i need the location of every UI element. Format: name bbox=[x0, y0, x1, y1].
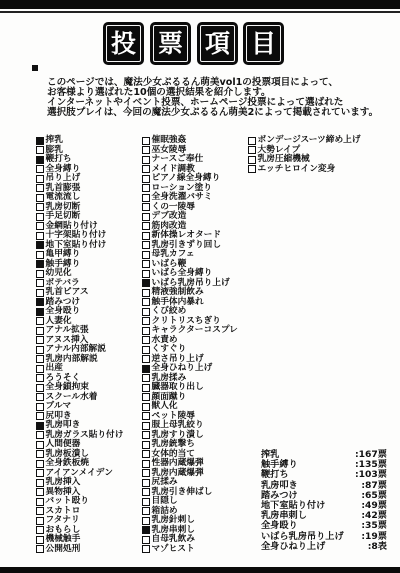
empty-square-icon bbox=[142, 298, 150, 306]
empty-square-icon bbox=[142, 431, 150, 439]
empty-square-icon bbox=[142, 507, 150, 515]
empty-square-icon bbox=[36, 222, 44, 230]
empty-square-icon bbox=[142, 536, 150, 544]
empty-square-icon bbox=[142, 156, 150, 164]
empty-square-icon bbox=[248, 156, 256, 164]
filled-square-icon bbox=[142, 365, 150, 373]
empty-square-icon bbox=[36, 536, 44, 544]
empty-square-icon bbox=[36, 431, 44, 439]
filled-square-icon bbox=[36, 241, 44, 249]
empty-square-icon bbox=[36, 213, 44, 221]
empty-square-icon bbox=[36, 488, 44, 496]
result-label: 全身殴り bbox=[261, 521, 298, 531]
vote-option-label: 公開処刑 bbox=[46, 545, 81, 555]
empty-square-icon bbox=[36, 393, 44, 401]
empty-square-icon bbox=[36, 384, 44, 392]
empty-square-icon bbox=[36, 412, 44, 420]
empty-square-icon bbox=[36, 146, 44, 154]
empty-square-icon bbox=[36, 184, 44, 192]
empty-square-icon bbox=[36, 327, 44, 335]
empty-square-icon bbox=[142, 213, 150, 221]
vote-option-label: エッチヒロイン変身 bbox=[258, 165, 336, 175]
empty-square-icon bbox=[36, 403, 44, 411]
empty-square-icon bbox=[142, 545, 150, 553]
top-border-band bbox=[0, 0, 400, 9]
empty-square-icon bbox=[142, 450, 150, 458]
empty-square-icon bbox=[248, 146, 256, 154]
result-row: 全身ひねり上げ:8表 bbox=[261, 542, 387, 552]
vote-results-table: 搾乳:167票触手縛り:135票鞭打ち:103票乳房叩き:87票踏みつけ:65票… bbox=[261, 450, 387, 552]
empty-square-icon bbox=[142, 194, 150, 202]
empty-square-icon bbox=[142, 241, 150, 249]
empty-square-icon bbox=[142, 175, 150, 183]
empty-square-icon bbox=[142, 469, 150, 477]
empty-square-icon bbox=[36, 203, 44, 211]
filled-square-icon bbox=[36, 422, 44, 430]
empty-square-icon bbox=[142, 270, 150, 278]
title-box-4: 目 bbox=[243, 22, 284, 65]
intro-line: 選択肢プレイは、今回の魔法少女ぷるるん萌美2によって掲載されています。 bbox=[47, 108, 392, 118]
empty-square-icon bbox=[142, 517, 150, 525]
vote-option-label: マゾヒスト bbox=[152, 545, 195, 555]
title-char: 票 bbox=[158, 31, 183, 56]
title-char: 投 bbox=[111, 31, 136, 56]
empty-square-icon bbox=[142, 488, 150, 496]
empty-square-icon bbox=[142, 479, 150, 487]
vote-options-column-2: 催眠強姦巫女陵辱ナースご奉仕メイド調教ピアノ線全身縛りローション塗り全身洗濯バサ… bbox=[142, 136, 254, 554]
title-box-3: 項 bbox=[197, 22, 238, 65]
empty-square-icon bbox=[36, 251, 44, 259]
empty-square-icon bbox=[36, 374, 44, 382]
vote-option: 公開処刑 bbox=[36, 545, 148, 555]
empty-square-icon bbox=[142, 498, 150, 506]
empty-square-icon bbox=[36, 545, 44, 553]
empty-square-icon bbox=[36, 498, 44, 506]
result-row: 全身殴り:35票 bbox=[261, 521, 387, 531]
empty-square-icon bbox=[36, 469, 44, 477]
empty-square-icon bbox=[36, 317, 44, 325]
empty-square-icon bbox=[142, 222, 150, 230]
empty-square-icon bbox=[36, 175, 44, 183]
vote-option: エッチヒロイン変身 bbox=[248, 165, 398, 175]
empty-square-icon bbox=[36, 479, 44, 487]
title-char: 目 bbox=[251, 31, 276, 56]
empty-square-icon bbox=[36, 336, 44, 344]
empty-square-icon bbox=[36, 279, 44, 287]
filled-square-icon bbox=[36, 260, 44, 268]
empty-square-icon bbox=[142, 460, 150, 468]
empty-square-icon bbox=[142, 393, 150, 401]
empty-square-icon bbox=[36, 194, 44, 202]
empty-square-icon bbox=[142, 260, 150, 268]
empty-square-icon bbox=[142, 232, 150, 240]
empty-square-icon bbox=[142, 146, 150, 154]
empty-square-icon bbox=[142, 308, 150, 316]
empty-square-icon bbox=[36, 289, 44, 297]
empty-square-icon bbox=[36, 526, 44, 534]
title-box-1: 投 bbox=[103, 22, 144, 65]
empty-square-icon bbox=[142, 336, 150, 344]
empty-square-icon bbox=[142, 203, 150, 211]
empty-square-icon bbox=[36, 517, 44, 525]
filled-square-icon bbox=[36, 156, 44, 164]
empty-square-icon bbox=[36, 450, 44, 458]
result-votes: :35票 bbox=[361, 521, 387, 531]
intro-paragraph: このページでは、魔法少女ぷるるん萌美vol1の投票項目によって、 お客様より選ば… bbox=[47, 78, 392, 118]
empty-square-icon bbox=[248, 165, 256, 173]
empty-square-icon bbox=[36, 460, 44, 468]
empty-square-icon bbox=[36, 346, 44, 354]
filled-square-icon bbox=[142, 279, 150, 287]
vote-option: マゾヒスト bbox=[142, 545, 254, 555]
empty-square-icon bbox=[36, 507, 44, 515]
empty-square-icon bbox=[36, 355, 44, 363]
section-bullet-icon bbox=[32, 65, 38, 71]
empty-square-icon bbox=[142, 184, 150, 192]
bottom-border-band bbox=[0, 567, 400, 573]
empty-square-icon bbox=[142, 346, 150, 354]
empty-square-icon bbox=[142, 289, 150, 297]
empty-square-icon bbox=[142, 374, 150, 382]
filled-square-icon bbox=[36, 308, 44, 316]
empty-square-icon bbox=[36, 441, 44, 449]
top-border-rule bbox=[0, 11, 400, 13]
title-box-2: 票 bbox=[150, 22, 191, 65]
empty-square-icon bbox=[36, 365, 44, 373]
empty-square-icon bbox=[142, 251, 150, 259]
empty-square-icon bbox=[36, 270, 44, 278]
title-char: 項 bbox=[205, 31, 230, 56]
vote-options-column-3: ボンデージスーツ締め上げ大勢レイプ乳房圧縮機械エッチヒロイン変身 bbox=[248, 136, 398, 174]
empty-square-icon bbox=[248, 137, 256, 145]
vote-options-column-1: 搾乳膨乳鞭打ち全身縛り吊り上げ乳首膨張電流流し乳房切断手足切断金網貼り付け十字架… bbox=[36, 136, 148, 554]
empty-square-icon bbox=[142, 384, 150, 392]
empty-square-icon bbox=[36, 165, 44, 173]
result-votes: :8表 bbox=[368, 542, 387, 552]
empty-square-icon bbox=[142, 317, 150, 325]
empty-square-icon bbox=[142, 441, 150, 449]
empty-square-icon bbox=[142, 137, 150, 145]
filled-square-icon bbox=[36, 298, 44, 306]
result-label: 全身ひねり上げ bbox=[261, 542, 325, 552]
empty-square-icon bbox=[36, 232, 44, 240]
filled-square-icon bbox=[142, 526, 150, 534]
empty-square-icon bbox=[142, 412, 150, 420]
empty-square-icon bbox=[142, 327, 150, 335]
empty-square-icon bbox=[142, 355, 150, 363]
filled-square-icon bbox=[36, 137, 44, 145]
empty-square-icon bbox=[142, 403, 150, 411]
empty-square-icon bbox=[142, 422, 150, 430]
empty-square-icon bbox=[142, 165, 150, 173]
